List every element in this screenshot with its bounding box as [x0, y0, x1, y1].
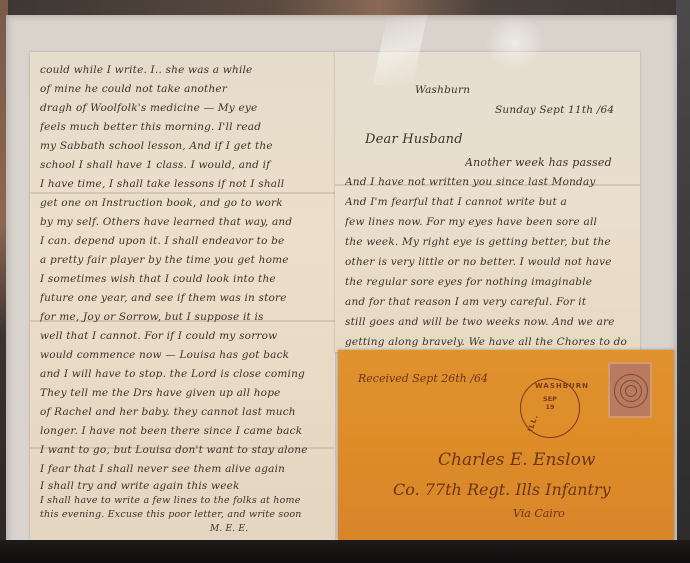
- letter-line: get one on Instruction book, and go to w…: [40, 197, 327, 209]
- letter-line: I fear that I shall never see them alive…: [40, 463, 327, 475]
- postmark-month: SEP: [541, 395, 559, 403]
- letter-line: I can. depend upon it. I shall endeavor …: [40, 235, 327, 247]
- postmark-date: SEP 19: [541, 395, 559, 411]
- letter-line: and for that reason I am very careful. F…: [345, 296, 632, 308]
- letter-place: Washburn: [415, 84, 632, 96]
- letter-line: of Rachel and her baby. they cannot last…: [40, 406, 327, 418]
- frame-right: [676, 0, 690, 563]
- letter-line: dragh of Woolfolk's medicine — My eye: [40, 102, 327, 114]
- postmark: WASHBURN ILL. SEP 19: [520, 378, 580, 438]
- letter-line: could while I write. I.. she was a while: [40, 64, 327, 76]
- signature: M. E. E.: [210, 524, 327, 534]
- letter-line: I want to go, but Louisa don't want to s…: [40, 444, 327, 456]
- postmark-state: ILL.: [526, 413, 540, 433]
- letter-line: a pretty fair player by the time you get…: [40, 254, 327, 266]
- letter-line: still goes and will be two weeks now. An…: [345, 316, 632, 328]
- letter-line: feels much better this morning. I'll rea…: [40, 121, 327, 133]
- letter-line: I shall have to write a few lines to the…: [40, 495, 327, 506]
- letter-line: getting along bravely. We have all the C…: [345, 336, 632, 348]
- letter-line: my Sabbath school lesson, And if I get t…: [40, 140, 327, 152]
- letter-line: by my self. Others have learned that way…: [40, 216, 327, 228]
- cancel-ring: [625, 385, 637, 397]
- address-line-2: Via Cairo: [513, 507, 565, 520]
- letter-line: for me, Joy or Sorrow, but I suppose it …: [40, 311, 327, 323]
- letter-line: longer. I have not been there since I ca…: [40, 425, 327, 437]
- frame-bottom: [0, 540, 690, 563]
- addressee-name: Charles E. Enslow: [438, 450, 595, 470]
- received-note: Received Sept 26th /64: [358, 372, 488, 385]
- letter-line: Another week has passed: [465, 156, 632, 169]
- letter-line: school I shall have 1 class. I would, an…: [40, 159, 327, 171]
- letter-line: and I will have to stop. the Lord is clo…: [40, 368, 327, 380]
- fold-line: [30, 192, 335, 194]
- letter-line: well that I cannot. For if I could my so…: [40, 330, 327, 342]
- letter-line: this evening. Excuse this poor letter, a…: [40, 509, 327, 520]
- letter-line: the week. My right eye is getting better…: [345, 236, 632, 248]
- letter-line: I shall try and write again this week: [40, 480, 327, 492]
- salutation: Dear Husband: [365, 132, 632, 147]
- letter-line: I have time, I shall take lessons if not…: [40, 178, 327, 190]
- address-line: Co. 77th Regt. Ills Infantry: [393, 480, 611, 499]
- postmark-town: WASHBURN: [535, 382, 589, 390]
- letter-date: Sunday Sept 11th /64: [495, 104, 632, 116]
- postmark-day: 19: [541, 403, 559, 411]
- letter-page-left: could while I write. I.. she was a while…: [30, 52, 335, 540]
- letter-line: would commence now — Louisa has got back: [40, 349, 327, 361]
- postage-stamp: [608, 362, 652, 418]
- letter-page-right: Washburn Sunday Sept 11th /64 Dear Husba…: [335, 52, 640, 352]
- letter-line: And I'm fearful that I cannot write but …: [345, 196, 632, 208]
- letter-line: few lines now. For my eyes have been sor…: [345, 216, 632, 228]
- letter-line: the regular sore eyes for nothing imagin…: [345, 276, 632, 288]
- letter-line: future one year, and see if them was in …: [40, 292, 327, 304]
- letter-line: of mine he could not take another: [40, 83, 327, 95]
- letter-line: other is very little or no better. I wou…: [345, 256, 632, 268]
- letter-line: I sometimes wish that I could look into …: [40, 273, 327, 285]
- letter-line: And I have not written you since last Mo…: [345, 176, 632, 188]
- letter-line: They tell me the Drs have given up all h…: [40, 387, 327, 399]
